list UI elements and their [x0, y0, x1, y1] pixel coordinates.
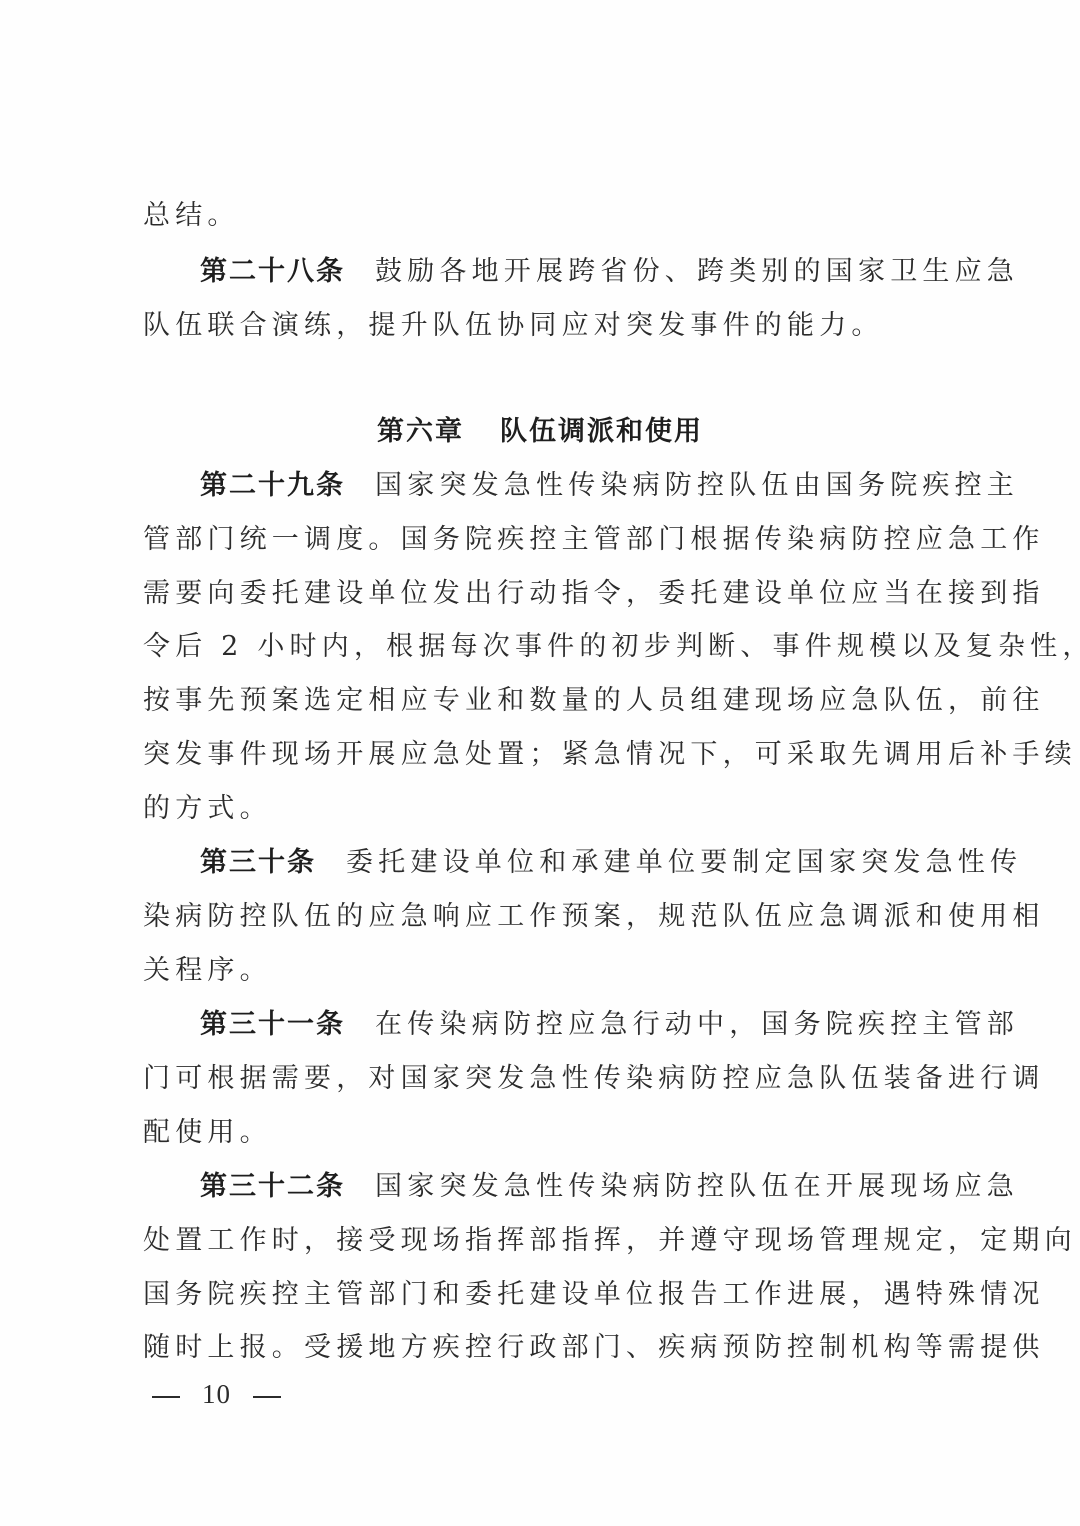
article-28-line-2: 队伍联合演练，提升队伍协同应对突发事件的能力。 — [143, 306, 943, 346]
article-32-line-3: 国务院疾控主管部门和委托建设单位报告工作进展，遇特殊情况 — [143, 1275, 943, 1315]
article-29-line-7: 的方式。 — [143, 789, 943, 829]
article-30-label: 第三十条 — [200, 847, 316, 878]
article-29-line-2: 管部门统一调度。国务院疾控主管部门根据传染病防控应急工作 — [143, 520, 943, 560]
article-30-text-1: 委托建设单位和承建单位要制定国家突发急性传 — [346, 847, 1022, 878]
article-31-label: 第三十一条 — [200, 1009, 345, 1040]
page-number: 10 — [202, 1379, 231, 1409]
article-29-label: 第二十九条 — [200, 470, 345, 501]
footer-dash-left — [152, 1396, 180, 1398]
article-31-line-3: 配使用。 — [143, 1113, 943, 1153]
chapter-number: 第六章 — [377, 416, 464, 447]
article-31-text-1: 在传染病防控应急行动中，国务院疾控主管部 — [375, 1009, 1019, 1040]
article-31-line-1: 第三十一条在传染病防控应急行动中，国务院疾控主管部 — [200, 1005, 943, 1045]
article-29-line-6: 突发事件现场开展应急处置；紧急情况下，可采取先调用后补手续 — [143, 735, 943, 775]
article-28-line-1: 第二十八条鼓励各地开展跨省份、跨类别的国家卫生应急 — [200, 252, 943, 292]
article-30-line-3: 关程序。 — [143, 951, 943, 991]
article-28-text-1: 鼓励各地开展跨省份、跨类别的国家卫生应急 — [375, 256, 1019, 287]
footer-dash-right — [253, 1396, 281, 1398]
article-29-line-1: 第二十九条国家突发急性传染病防控队伍由国务院疾控主 — [200, 466, 943, 506]
article-29-line-4: 令后 2 小时内，根据每次事件的初步判断、事件规模以及复杂性， — [143, 627, 943, 667]
paragraph-continuation-line: 总结。 — [143, 196, 943, 236]
article-29-text-1: 国家突发急性传染病防控队伍由国务院疾控主 — [375, 470, 1019, 501]
article-29-line-3: 需要向委托建设单位发出行动指令，委托建设单位应当在接到指 — [143, 574, 943, 614]
document-page: 总结。 第二十八条鼓励各地开展跨省份、跨类别的国家卫生应急 队伍联合演练，提升队… — [0, 0, 1080, 1526]
article-28-label: 第二十八条 — [200, 256, 345, 287]
chapter-heading: 第六章队伍调派和使用 — [0, 412, 1080, 452]
article-31-line-2: 门可根据需要，对国家突发急性传染病防控应急队伍装备进行调 — [143, 1059, 943, 1099]
page-footer: 10 — [152, 1374, 281, 1414]
article-32-line-1: 第三十二条国家突发急性传染病防控队伍在开展现场应急 — [200, 1167, 943, 1207]
article-32-line-2: 处置工作时，接受现场指挥部指挥，并遵守现场管理规定，定期向 — [143, 1221, 943, 1261]
article-30-line-2: 染病防控队伍的应急响应工作预案，规范队伍应急调派和使用相 — [143, 897, 943, 937]
article-32-text-1: 国家突发急性传染病防控队伍在开展现场应急 — [375, 1171, 1019, 1202]
chapter-title: 队伍调派和使用 — [500, 416, 703, 447]
article-32-label: 第三十二条 — [200, 1171, 345, 1202]
article-30-line-1: 第三十条委托建设单位和承建单位要制定国家突发急性传 — [200, 843, 943, 883]
article-32-line-4: 随时上报。受援地方疾控行政部门、疾病预防控制机构等需提供 — [143, 1328, 943, 1368]
article-29-line-5: 按事先预案选定相应专业和数量的人员组建现场应急队伍，前往 — [143, 681, 943, 721]
